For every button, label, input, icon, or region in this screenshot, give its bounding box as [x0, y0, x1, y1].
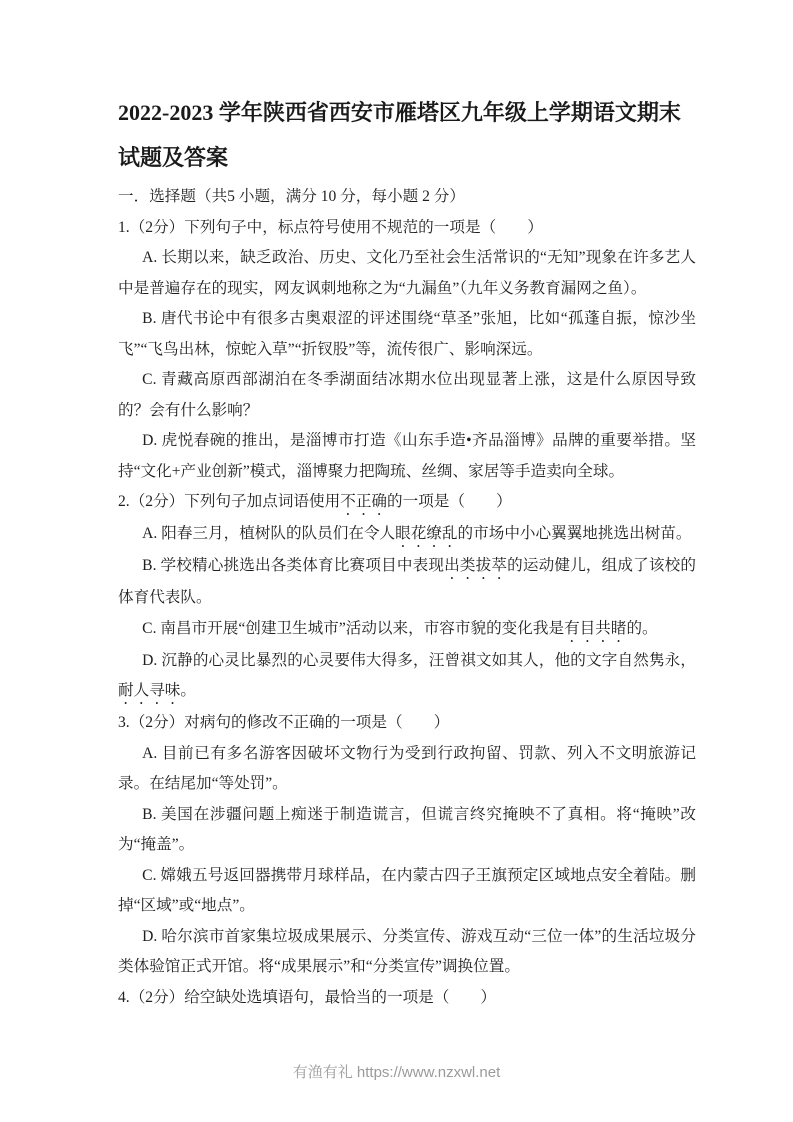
- document-title-line-1: 2022-2023 学年陕西省西安市雁塔区九年级上学期语文期末: [118, 90, 696, 135]
- emphasized-word: 耐人寻味: [118, 682, 180, 699]
- emphasized-word: 不正确: [340, 493, 387, 510]
- document-title-line-2: 试题及答案: [118, 135, 696, 180]
- watermark-text: 有渔有礼 https://www.nzxwl.net: [293, 1064, 501, 1081]
- document-page: 2022-2023 学年陕西省西安市雁塔区九年级上学期语文期末 试题及答案 一．…: [118, 90, 696, 1013]
- question-stem: 3.（2分）对病句的修改不正确的一项是（ ）: [118, 708, 696, 739]
- option-paragraph: D. 沉静的心灵比暴烈的心灵要伟大得多，汪曾祺文如其人，他的文字自然隽永，耐人寻…: [118, 646, 696, 709]
- question-stem: 1.（2分）下列句子中，标点符号使用不规范的一项是（ ）: [118, 213, 696, 244]
- option-paragraph: D. 哈尔滨市首家集垃圾成果展示、分类宣传、游戏互动“三位一体”的生活垃圾分类体…: [118, 922, 696, 983]
- question-stem: 4.（2分）给空缺处选填语句，最恰当的一项是（ ）: [118, 983, 696, 1014]
- emphasized-word: 有目共睹: [564, 620, 626, 637]
- option-paragraph: A. 目前已有多名游客因破坏文物行为受到行政拘留、罚款、列入不文明旅游记录。在结…: [118, 739, 696, 800]
- document-title: 2022-2023 学年陕西省西安市雁塔区九年级上学期语文期末 试题及答案: [118, 90, 696, 180]
- option-paragraph: B. 美国在涉疆问题上痴迷于制造谎言，但谎言终究掩映不了真相。将“掩映”改为“掩…: [118, 800, 696, 861]
- option-paragraph: C. 青藏高原西部湖泊在冬季湖面结冰期水位出现显著上涨，这是什么原因导致的？会有…: [118, 365, 696, 426]
- document-body: 一．选择题（共5 小题，满分 10 分，每小题 2 分） 1.（2分）下列句子中…: [118, 182, 696, 1013]
- option-paragraph: B. 学校精心挑选出各类体育比赛项目中表现出类拔萃的运动健儿，组成了该校的体育代…: [118, 551, 696, 614]
- option-paragraph: A. 长期以来，缺乏政治、历史、文化乃至社会生活常识的“无知”现象在许多艺人中是…: [118, 243, 696, 304]
- option-paragraph: B. 唐代书论中有很多古奥艰涩的评述围绕“草圣”张旭，比如“孤蓬自振，惊沙坐飞”…: [118, 304, 696, 365]
- section-heading: 一．选择题（共5 小题，满分 10 分，每小题 2 分）: [118, 182, 696, 213]
- question-stem: 2.（2分）下列句子加点词语使用不正确的一项是（ ）: [118, 487, 696, 519]
- questions-container: 1.（2分）下列句子中，标点符号使用不规范的一项是（ ）A. 长期以来，缺乏政治…: [118, 213, 696, 1014]
- option-paragraph: C. 南昌市开展“创建卫生城市”活动以来，市容市貌的变化我是有目共睹的。: [118, 614, 696, 646]
- option-paragraph: C. 嫦娥五号返回器携带月球样品，在内蒙古四子王旗预定区域地点安全着陆。删掉“区…: [118, 861, 696, 922]
- emphasized-word: 眼花缭乱: [395, 525, 457, 542]
- page-footer: 有渔有礼 https://www.nzxwl.net: [0, 1062, 793, 1084]
- emphasized-word: 出类拔萃: [444, 557, 507, 574]
- option-paragraph: A. 阳春三月，植树队的队员们在令人眼花缭乱的市场中小心翼翼地挑选出树苗。: [118, 519, 696, 551]
- option-paragraph: D. 虎悦春碗的推出，是淄博市打造《山东手造•齐品淄博》品牌的重要举措。坚持“文…: [118, 426, 696, 487]
